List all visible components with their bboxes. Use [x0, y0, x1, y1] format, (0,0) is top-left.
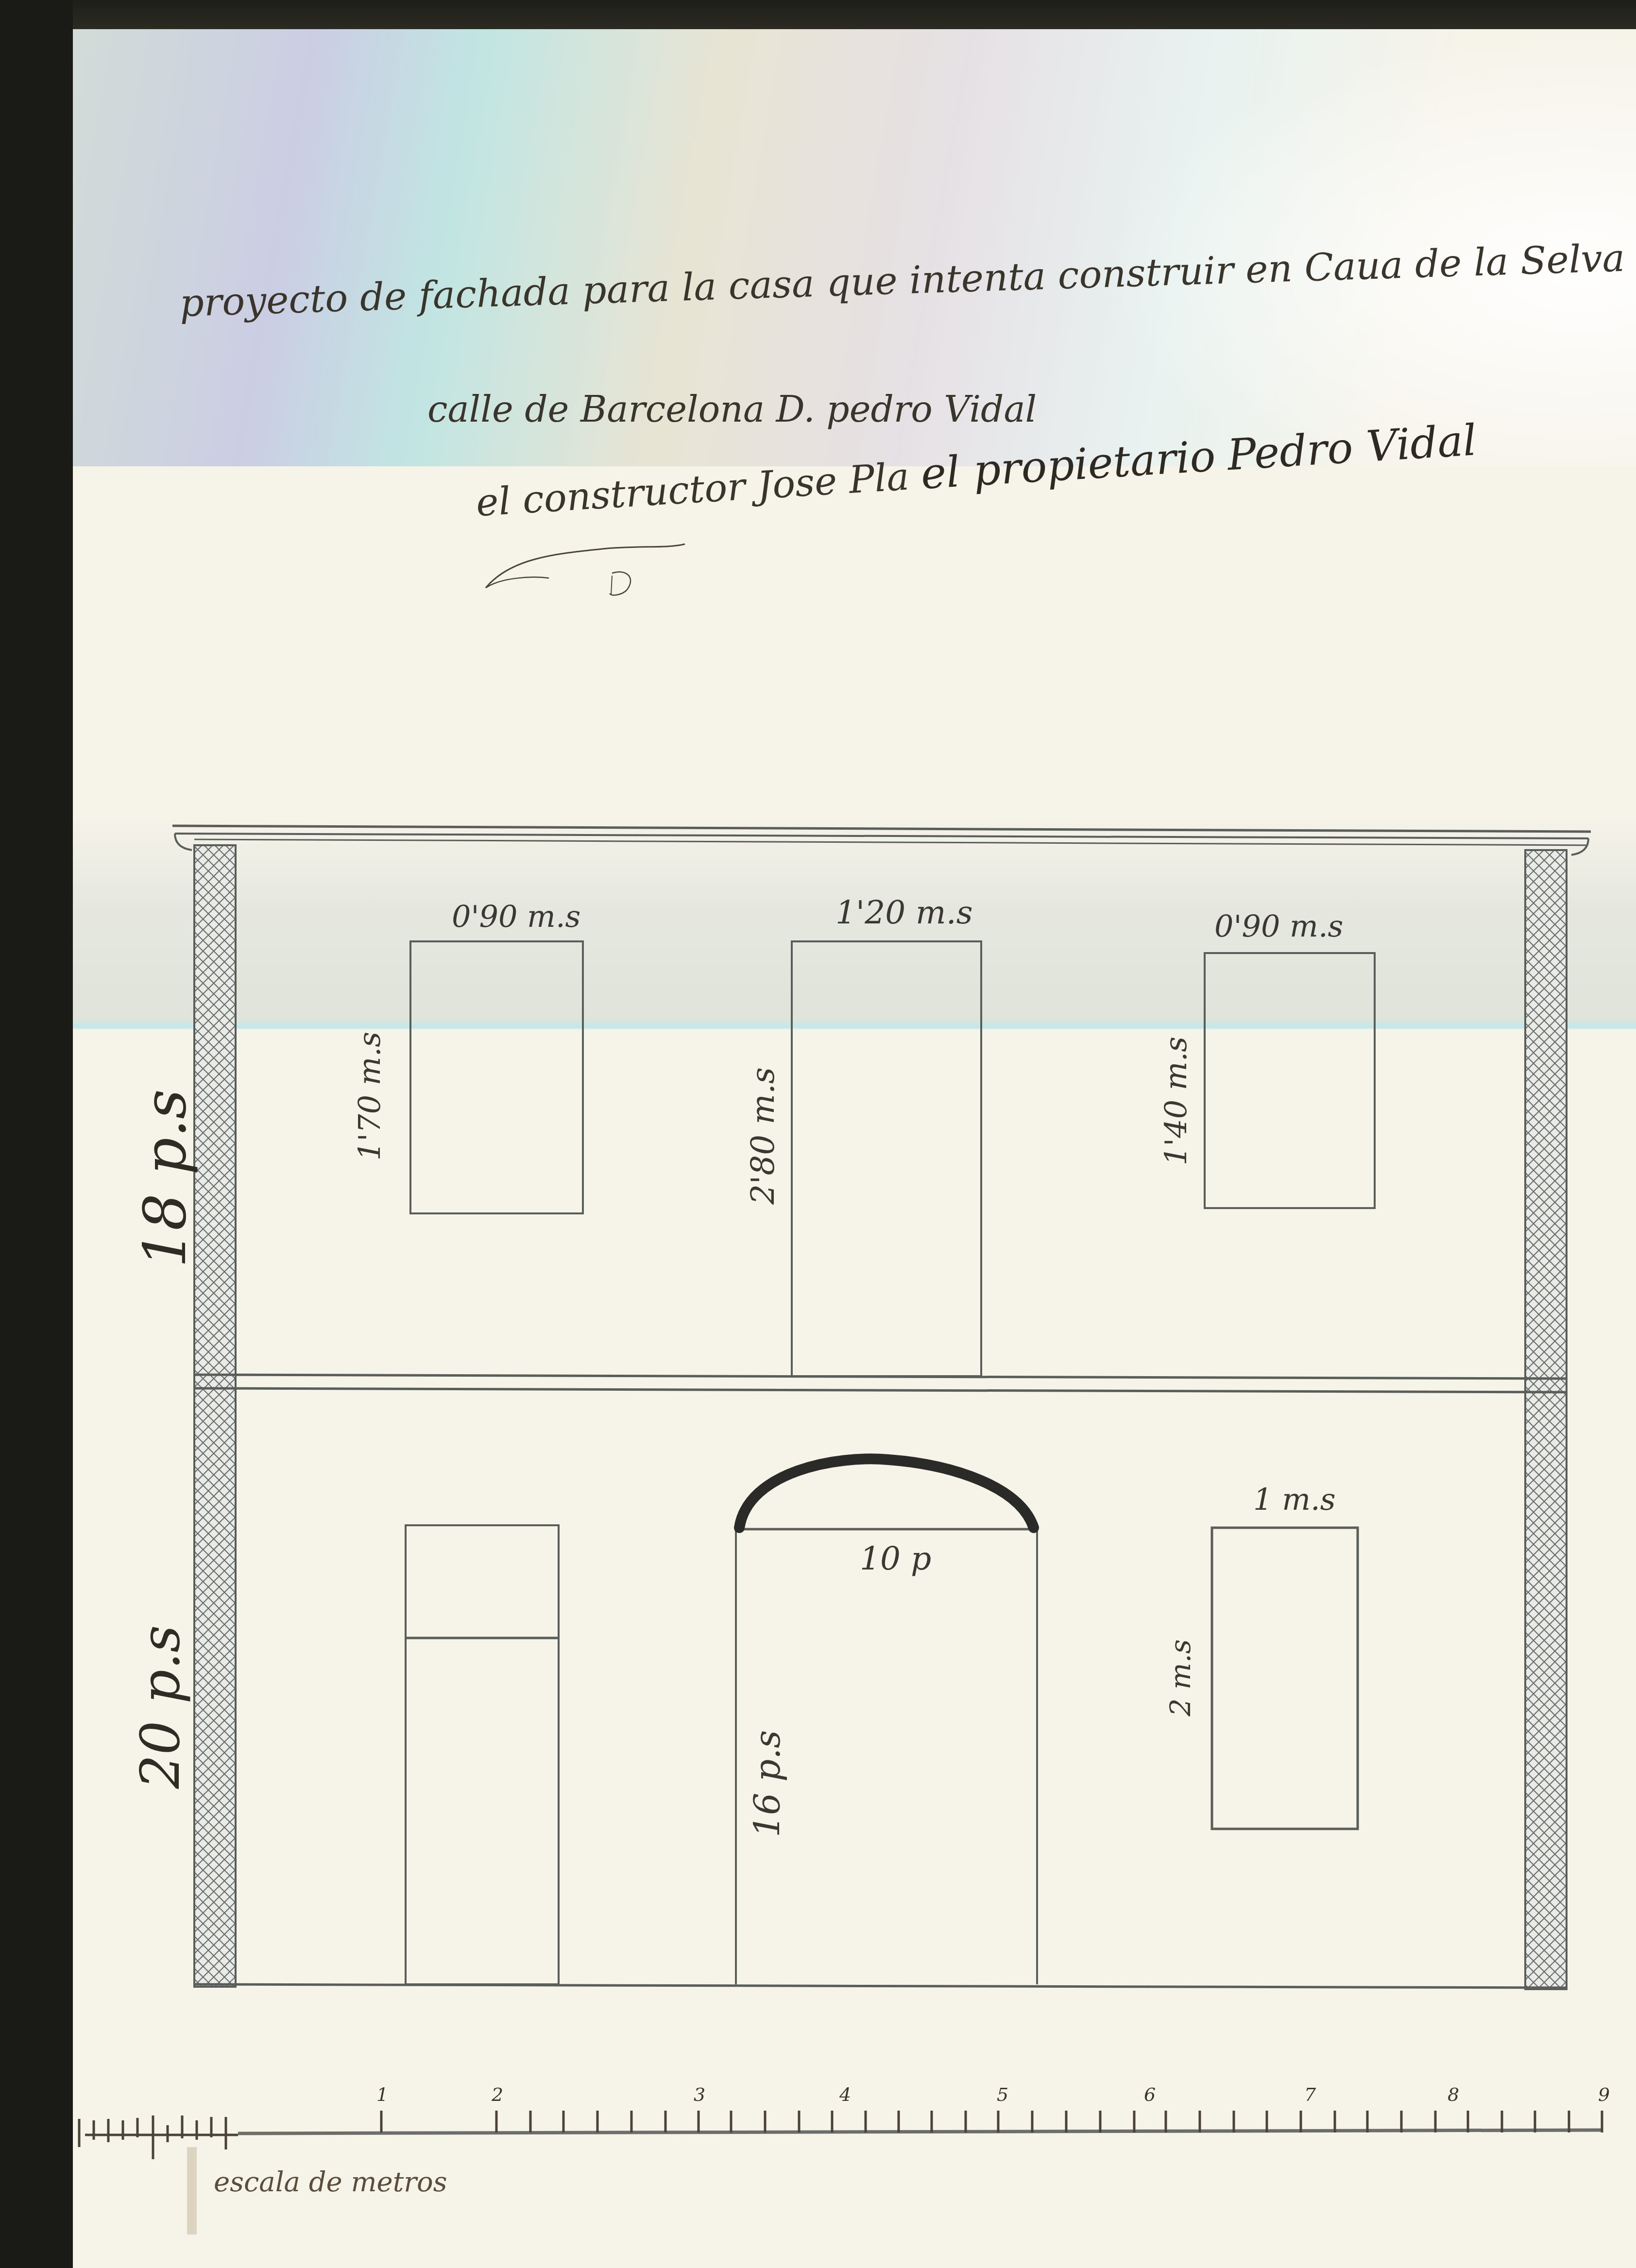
- scale-tick-3: 3: [694, 2084, 705, 2105]
- scale-bar-label: escala de metros: [214, 2166, 447, 2198]
- scale-tick-6: 6: [1144, 2084, 1156, 2105]
- scale-tick-2: 2: [492, 2084, 503, 2105]
- scale-bar: [0, 0, 1636, 2268]
- scale-tick-4: 4: [839, 2084, 851, 2105]
- scale-tick-7: 7: [1304, 2084, 1316, 2105]
- scale-tick-1: 1: [376, 2084, 388, 2105]
- scale-tick-8: 8: [1448, 2084, 1459, 2105]
- scale-tick-9: 9: [1598, 2084, 1610, 2105]
- scale-tick-5: 5: [997, 2084, 1008, 2105]
